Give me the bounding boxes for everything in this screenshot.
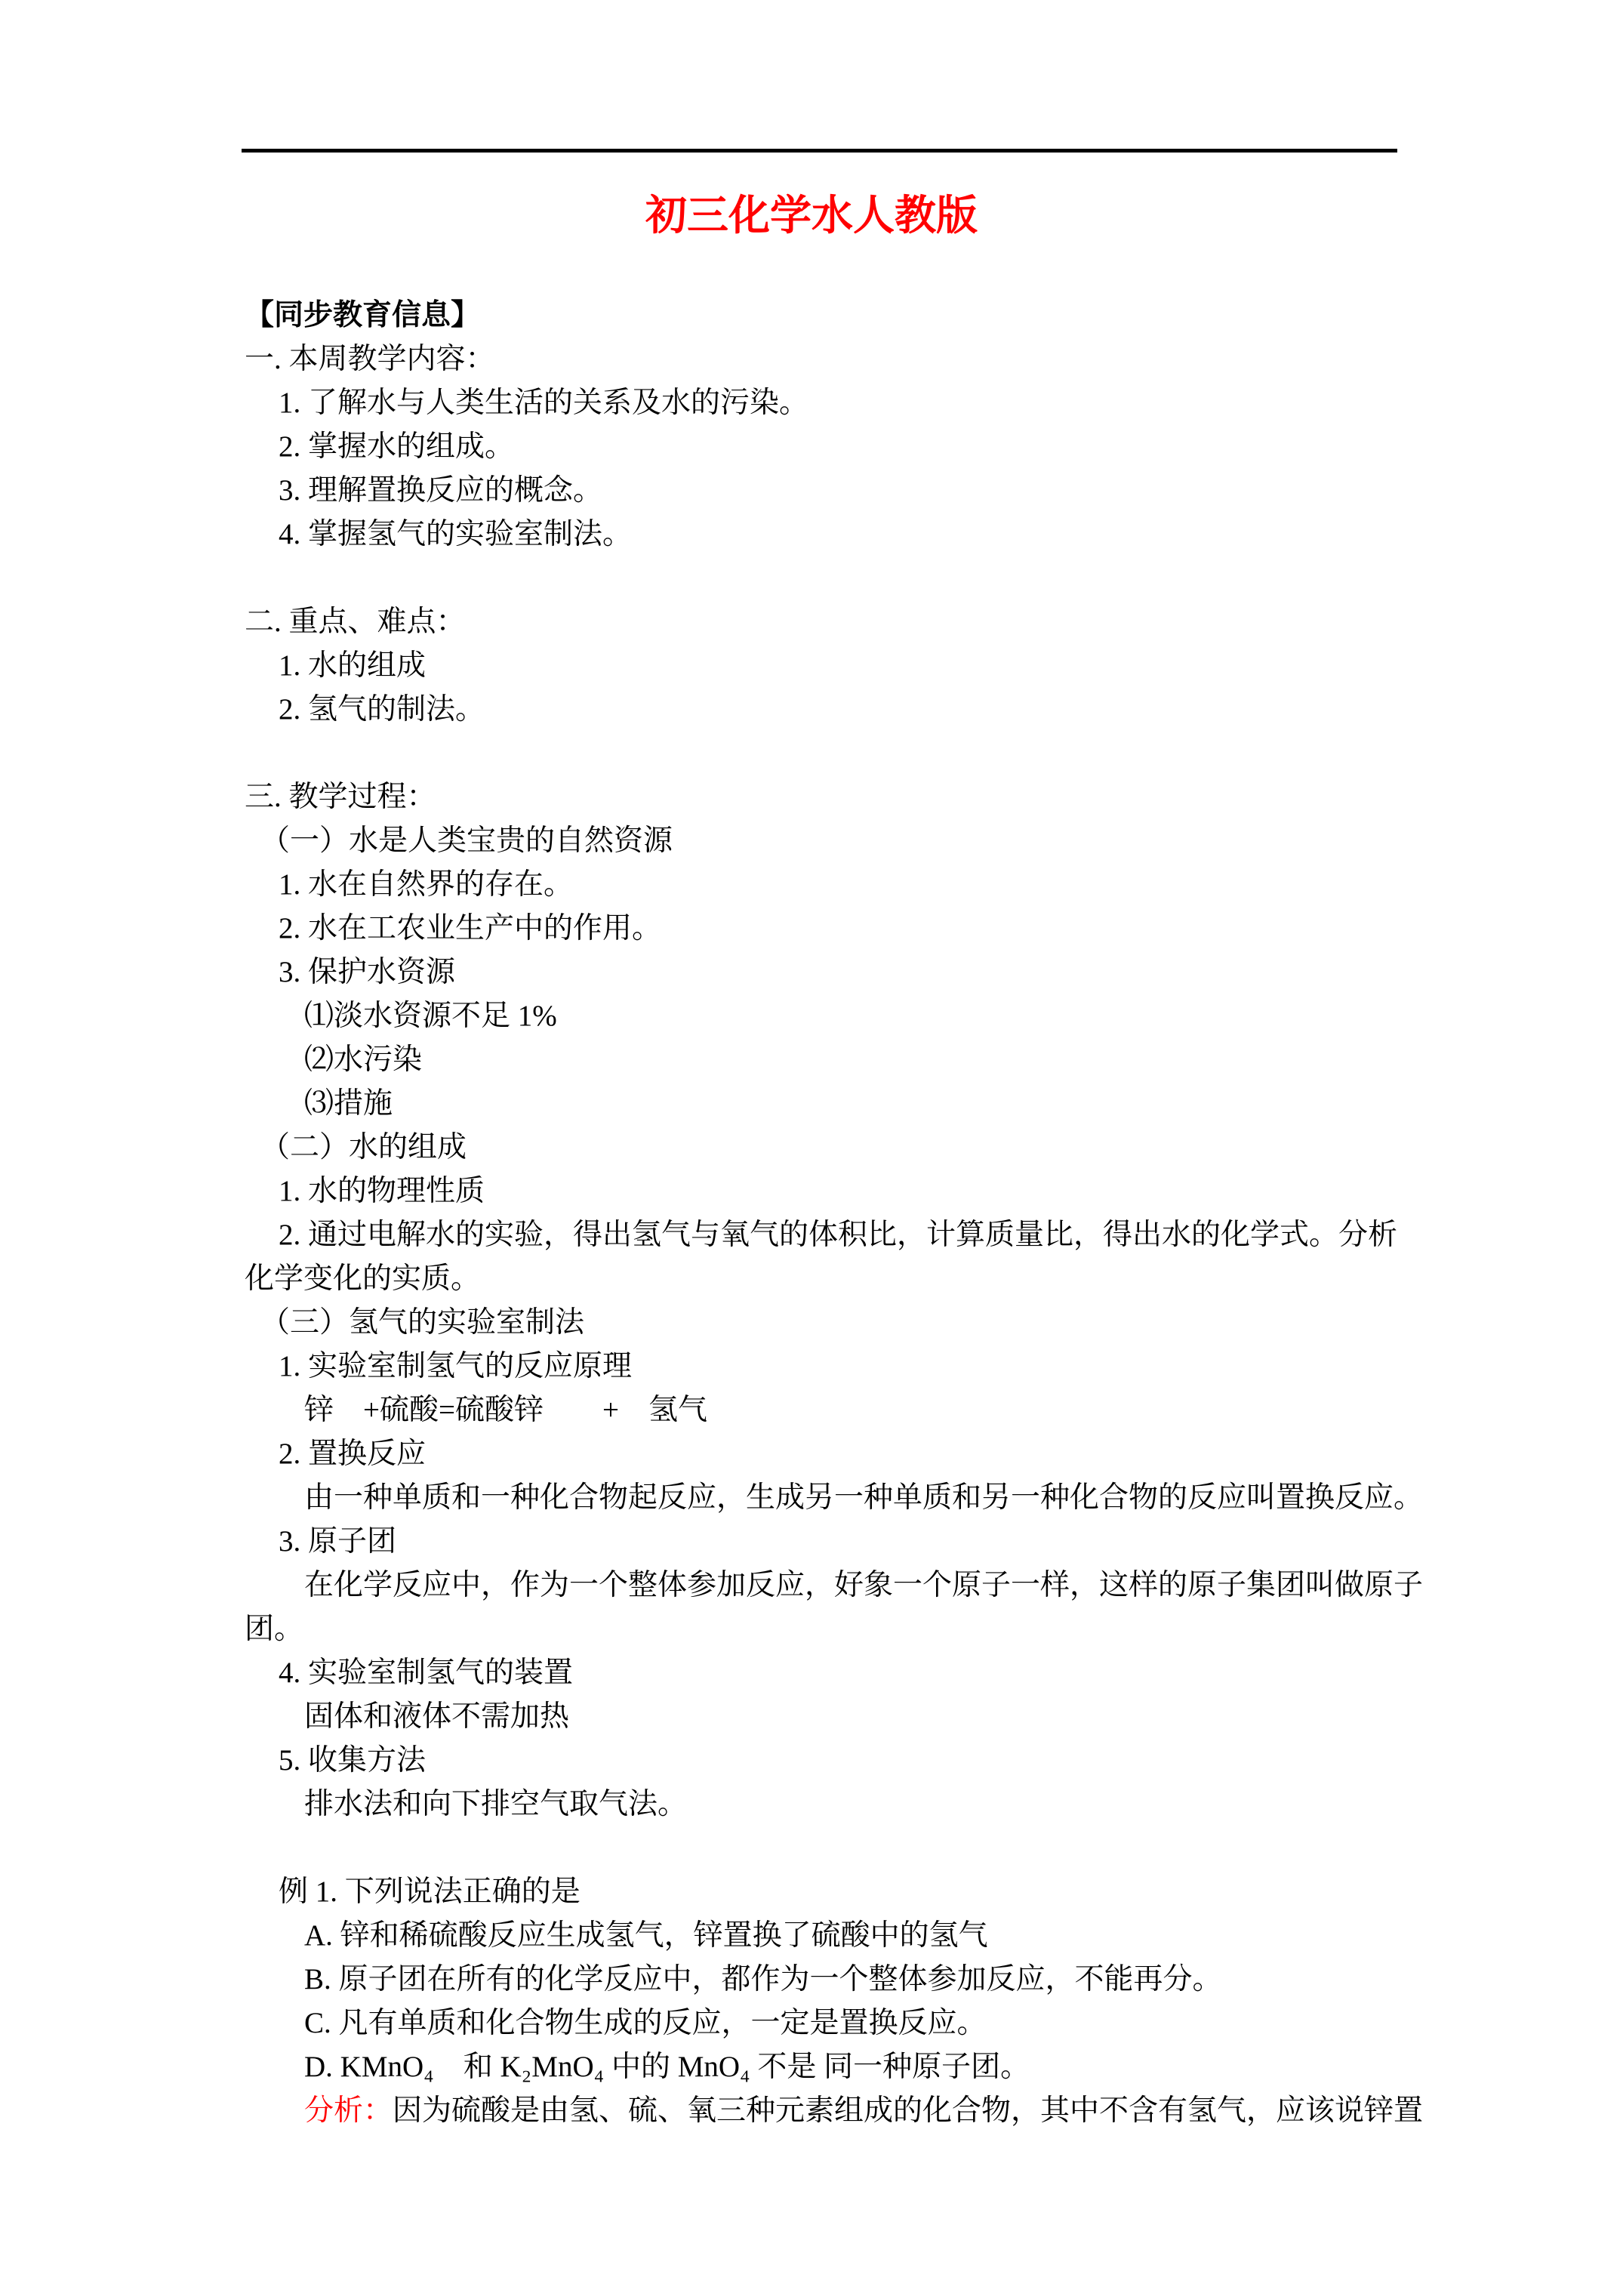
text-line: 2. 水在工农业生产中的作用。 [245, 907, 1528, 951]
text-line: 二. 重点、难点： [245, 600, 1528, 644]
text-line: ⑵水污染 [245, 1038, 1528, 1082]
text-line: 1. 了解水与人类生活的关系及水的污染。 [245, 381, 1528, 425]
text-line: 1. 水的组成 [245, 644, 1528, 688]
text-line: 3. 理解置换反应的概念。 [245, 469, 1528, 513]
blank-line [245, 1826, 1528, 1870]
text-line: 【同步教育信息】 [245, 294, 1528, 337]
text-line: 化学变化的实质。 [245, 1257, 1528, 1301]
text-line: 例 1. 下列说法正确的是 [245, 1870, 1528, 1914]
text-line: 1. 水的物理性质 [245, 1170, 1528, 1213]
text-line: 4. 掌握氢气的实验室制法。 [245, 513, 1528, 556]
text-line: 2. 置换反应 [245, 1432, 1528, 1476]
document-page: 初三化学水人教版 【同步教育信息】一. 本周教学内容：1. 了解水与人类生活的关… [0, 0, 1623, 2296]
text-line: 1. 水在自然界的存在。 [245, 863, 1528, 907]
document-title: 初三化学水人教版 [0, 189, 1623, 243]
document-body: 【同步教育信息】一. 本周教学内容：1. 了解水与人类生活的关系及水的污染。2.… [245, 294, 1528, 2133]
text-line: 排水法和向下排空气取气法。 [245, 1783, 1528, 1826]
text-line: （一）水是人类宝贵的自然资源 [245, 819, 1528, 863]
text-line: 4. 实验室制氢气的装置 [245, 1651, 1528, 1695]
text-line: 2. 通过电解水的实验，得出氢气与氧气的体积比，计算质量比，得出水的化学式。分析 [245, 1213, 1528, 1257]
text-line: 2. 掌握水的组成。 [245, 425, 1528, 469]
text-line: B. 原子团在所有的化学反应中，都作为一个整体参加反应，不能再分。 [245, 1958, 1528, 2002]
text-line: 1. 实验室制氢气的反应原理 [245, 1345, 1528, 1388]
text-line: ⑶措施 [245, 1082, 1528, 1126]
analysis-label: 分析： [304, 2094, 393, 2127]
text-line: （三）氢气的实验室制法 [245, 1301, 1528, 1345]
text-line: D. KMnO₄ 和 K₂MnO₄ 中的 MnO₄ 不是 同一种原子团。 [245, 2045, 1528, 2089]
text-line: 一. 本周教学内容： [245, 337, 1528, 381]
text-line: 2. 氢气的制法。 [245, 688, 1528, 732]
text-line: 固体和液体不需加热 [245, 1695, 1528, 1739]
text-line: ⑴淡水资源不足 1% [245, 994, 1528, 1038]
text-line: C. 凡有单质和化合物生成的反应，一定是置换反应。 [245, 2002, 1528, 2045]
text-line: A. 锌和稀硫酸反应生成氢气，锌置换了硫酸中的氢气 [245, 1914, 1528, 1958]
blank-line [245, 732, 1528, 775]
text-line: （二）水的组成 [245, 1126, 1528, 1170]
blank-line [245, 556, 1528, 600]
text-line: 3. 保护水资源 [245, 951, 1528, 994]
horizontal-rule [242, 149, 1397, 153]
text-line: 由一种单质和一种化合物起反应，生成另一种单质和另一种化合物的反应叫置换反应。 [245, 1476, 1528, 1520]
text-line: 5. 收集方法 [245, 1739, 1528, 1783]
text-line: 三. 教学过程： [245, 775, 1528, 819]
text-line: 分析：因为硫酸是由氢、硫、氧三种元素组成的化合物，其中不含有氢气，应该说锌置 [245, 2089, 1528, 2133]
text-line: 3. 原子团 [245, 1520, 1528, 1564]
text-line: 在化学反应中，作为一个整体参加反应，好象一个原子一样，这样的原子集团叫做原子 [245, 1564, 1528, 1607]
text-line: 团。 [245, 1607, 1528, 1651]
text-line: 锌 +硫酸=硫酸锌 + 氢气 [245, 1388, 1528, 1432]
